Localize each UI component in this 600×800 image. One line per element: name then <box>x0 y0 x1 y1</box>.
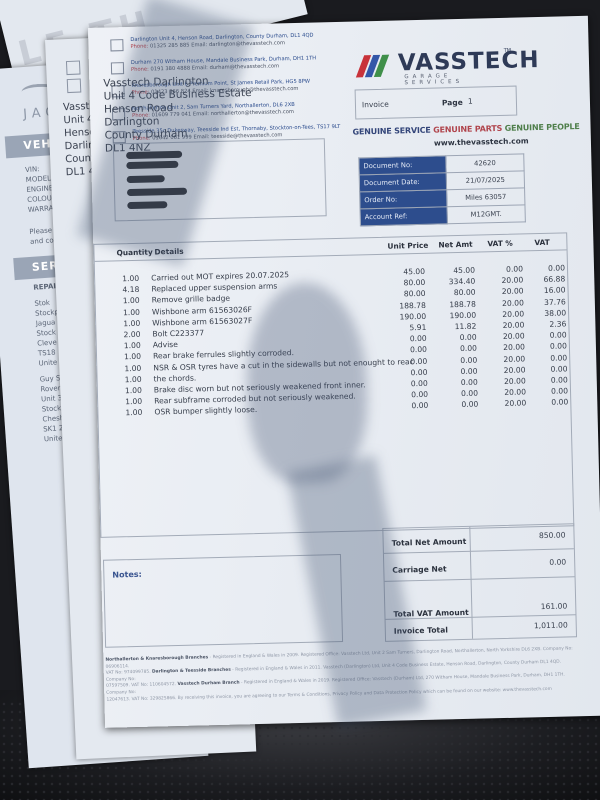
item-quantity: 1.00 <box>110 408 142 418</box>
document-info-table: Document No:42620 Document Date:21/07/20… <box>358 153 526 226</box>
tagline-service: GENUINE SERVICE <box>353 126 431 137</box>
delivery-address-box <box>113 138 327 221</box>
legal-footer: Northallerton & Knaresborough Branches -… <box>105 646 576 704</box>
document-number: 42620 <box>446 154 524 173</box>
phone-label: Phone: <box>131 67 149 73</box>
order-number: Miles 63057 <box>447 188 525 207</box>
item-quantity: 4.18 <box>107 285 139 295</box>
footer-bold: Vasstech Durham Branch <box>177 681 239 688</box>
item-unit-price: 80.00 <box>377 278 425 288</box>
item-net-amount: 0.00 <box>428 378 478 388</box>
logo-stripes-icon <box>354 55 395 78</box>
item-vat-pct: 20.00 <box>475 287 523 297</box>
redaction-mark <box>126 151 182 159</box>
vasstech-logo: VASSTECH TM GARAGE SERVICES <box>354 48 515 84</box>
checkbox-icon <box>66 60 81 75</box>
doc-info-label: Document No: <box>359 156 446 175</box>
item-vat-pct: 20.00 <box>477 365 525 375</box>
item-unit-price: 190.00 <box>378 312 426 322</box>
tagline: GENUINE SERVICE GENUINE PARTS GENUINE PE… <box>353 122 580 137</box>
item-quantity: 1.00 <box>110 386 142 396</box>
footer-text: 07597509. VAT No: 110604572. <box>106 682 177 689</box>
item-quantity: 1.00 <box>107 274 139 284</box>
item-vat-pct: 20.00 <box>476 298 524 308</box>
table-header: Quantity Details Unit Price Net Amt VAT … <box>94 233 566 262</box>
doc-info-label: Order No: <box>360 190 447 209</box>
branch-phone: 01325 285 885 <box>150 43 190 50</box>
col-net-amt: Net Amt <box>438 240 472 250</box>
item-net-amount: 0.00 <box>427 344 477 354</box>
document-type-box: Invoice Page 1 <box>355 86 518 120</box>
col-quantity: Quantity <box>116 247 152 257</box>
checkbox-icon <box>67 78 82 93</box>
footer-bold: Northallerton & Knaresborough Branches <box>105 655 208 663</box>
repair-header: REPAI <box>33 281 56 293</box>
doc-info-label: Account Ref: <box>360 207 447 226</box>
totals-box: Total Net Amount 850.00 Carriage Net 0.0… <box>382 523 577 642</box>
item-net-amount: 0.00 <box>427 366 477 376</box>
item-unit-price: 0.00 <box>379 356 427 366</box>
invoice-document: Darlington Unit 4, Henson Road, Darlingt… <box>88 16 600 728</box>
item-unit-price: 0.00 <box>380 390 428 400</box>
tagline-people: GENUINE PEOPLE <box>505 122 580 133</box>
document-date: 21/07/2025 <box>446 171 524 190</box>
item-quantity: 1.00 <box>109 352 141 362</box>
item-vat-pct: 20.00 <box>475 276 523 286</box>
total-label: Invoice Total <box>394 625 448 635</box>
item-net-amount: 0.00 <box>428 400 478 410</box>
total-label: Carriage Net <box>392 564 446 574</box>
item-vat: 66.88 <box>523 275 565 285</box>
item-net-amount: 0.00 <box>427 355 477 365</box>
item-vat: 0.00 <box>526 387 568 397</box>
item-quantity: 1.00 <box>108 307 140 317</box>
item-unit-price: 0.00 <box>380 379 428 389</box>
account-ref: M12GMT. <box>447 205 525 224</box>
line-items-table: Quantity Details Unit Price Net Amt VAT … <box>93 232 574 537</box>
item-vat-pct: 20.00 <box>478 388 526 398</box>
item-quantity: 1.00 <box>109 363 141 373</box>
item-vat: 0.00 <box>525 342 567 352</box>
document-type: Invoice <box>362 100 389 110</box>
item-vat-pct: 20.00 <box>477 332 525 342</box>
col-vat-pct: VAT % <box>487 239 513 249</box>
page-label: Page <box>442 98 463 108</box>
item-vat: 37.76 <box>524 297 566 307</box>
item-unit-price: 45.00 <box>377 267 425 277</box>
invoice-total-row: Invoice Total 1,011.00 <box>386 614 577 642</box>
item-unit-price: 80.00 <box>377 289 425 299</box>
item-net-amount: 0.00 <box>427 333 477 343</box>
redaction-mark <box>127 201 167 209</box>
total-label: Total Net Amount <box>392 537 467 548</box>
item-vat: 38.00 <box>524 308 566 318</box>
item-quantity: 1.00 <box>108 296 140 306</box>
item-vat: 0.00 <box>523 263 565 273</box>
item-vat-pct: 20.00 <box>478 376 526 386</box>
redaction-mark <box>127 188 187 196</box>
item-vat: 0.00 <box>526 375 568 385</box>
notes-label: Notes: <box>112 570 142 580</box>
item-net-amount: 188.78 <box>426 299 476 309</box>
redaction-mark <box>127 175 165 183</box>
item-vat: 0.00 <box>525 353 567 363</box>
item-vat-pct: 0.00 <box>475 264 523 274</box>
brand-subtitle: GARAGE SERVICES <box>404 72 514 87</box>
invoice-total-value: 1,011.00 <box>534 620 568 630</box>
col-unit-price: Unit Price <box>387 241 428 251</box>
tagline-parts: GENUINE PARTS <box>433 124 502 135</box>
item-net-amount: 190.00 <box>426 310 476 320</box>
item-unit-price: 188.78 <box>378 300 426 310</box>
col-details: Details <box>154 247 183 257</box>
item-vat-pct: 20.00 <box>477 354 525 364</box>
trademark: TM <box>504 48 512 54</box>
branch-email: Email: durham@thevasstech.com <box>192 63 280 71</box>
item-quantity: 1.00 <box>108 319 140 329</box>
item-unit-price: 0.00 <box>379 334 427 344</box>
item-net-amount: 0.00 <box>428 389 478 399</box>
website-url: www.thevasstech.com <box>434 136 529 147</box>
footer-bold: Darlington & Teesside Branches <box>152 668 231 675</box>
notes-box: Notes: <box>103 554 343 648</box>
item-net-amount: 334.40 <box>425 277 475 287</box>
item-unit-price: 0.00 <box>380 401 428 411</box>
total-vat-row: Total VAT Amount 161.00 <box>385 576 576 620</box>
branch-email: Email: darlington@thevasstech.com <box>191 40 285 48</box>
carriage-value: 0.00 <box>549 557 566 566</box>
item-vat-pct: 20.00 <box>476 320 524 330</box>
item-unit-price: 0.00 <box>379 368 427 378</box>
footer-text: VAT No: 974099785. <box>106 670 152 676</box>
item-vat: 0.00 <box>526 398 568 408</box>
item-unit-price: 0.00 <box>379 345 427 355</box>
phone-label: Phone: <box>130 44 148 50</box>
checkbox-icon <box>110 39 123 51</box>
item-vat-pct: 20.00 <box>478 399 526 409</box>
item-quantity: 1.00 <box>109 341 141 351</box>
item-quantity: 1.00 <box>110 397 142 407</box>
item-vat: 16.00 <box>523 286 565 296</box>
item-vat: 2.36 <box>524 319 566 329</box>
item-net-amount: 45.00 <box>425 266 475 276</box>
doc-info-label: Document Date: <box>359 173 446 192</box>
page-number: 1 <box>468 97 473 106</box>
total-vat-value: 161.00 <box>541 601 568 611</box>
item-quantity: 2.00 <box>108 330 140 340</box>
total-net-value: 850.00 <box>539 530 566 540</box>
redaction-mark <box>126 161 178 169</box>
item-net-amount: 80.00 <box>425 288 475 298</box>
item-quantity: 1.00 <box>109 375 141 385</box>
item-vat-pct: 20.00 <box>477 343 525 353</box>
item-vat-pct: 20.00 <box>476 309 524 319</box>
item-unit-price: 5.91 <box>378 323 426 333</box>
item-vat: 0.00 <box>525 331 567 341</box>
doc-info-row: Account Ref:M12GMT. <box>360 205 525 226</box>
branch-phone: 0191 380 4888 <box>150 66 190 73</box>
checkbox-icon <box>111 62 124 74</box>
col-vat: VAT <box>534 238 550 247</box>
item-net-amount: 11.82 <box>426 322 476 332</box>
item-vat: 0.00 <box>525 364 567 374</box>
